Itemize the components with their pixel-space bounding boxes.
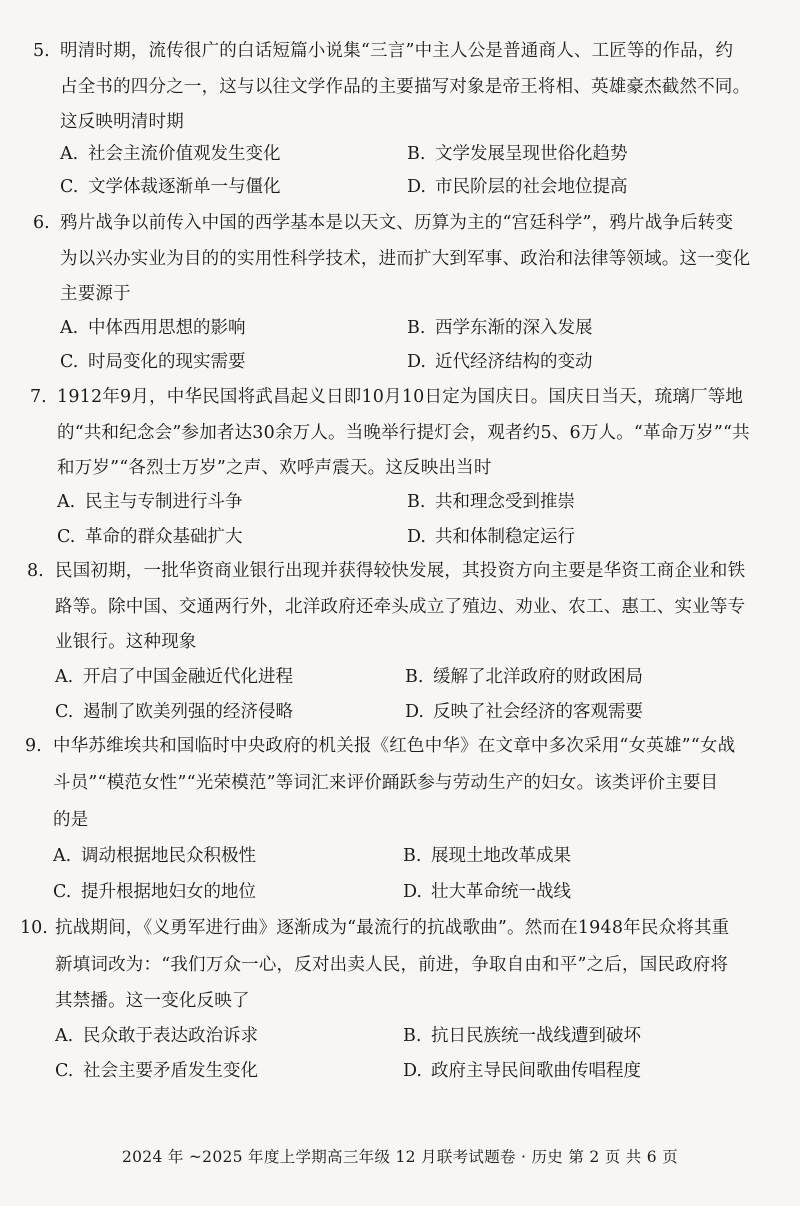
option-c: C.社会主要矛盾发生变化 xyxy=(55,1061,258,1081)
question-text-line: 新填词改为：“我们万众一心，反对出卖人民，前进，争取自由和平”之后，国民政府将 xyxy=(55,955,728,975)
question-number: 6. xyxy=(33,213,50,233)
question-number: 9. xyxy=(25,736,42,756)
option-d: D.近代经济结构的变动 xyxy=(407,352,593,372)
option-c: C.遏制了欧美列强的经济侵略 xyxy=(55,702,293,722)
question-text-line: 中华苏维埃共和国临时中央政府的机关报《红色中华》在文章中多次采用“女英雄”“女战 xyxy=(53,736,735,756)
question-text-line: 斗员”“模范女性”“光荣模范”等词汇来评价踊跃参与劳动生产的妇女。该类评价主要目 xyxy=(53,773,718,793)
question-text-line: 抗战期间，《义勇军进行曲》逐渐成为“最流行的抗战歌曲”。然而在1948年民众将其… xyxy=(55,918,729,938)
question-text-line: 路等。除中国、交通两行外，北洋政府还牵头成立了殖边、劝业、农工、惠工、实业等专 xyxy=(55,597,745,617)
question-text-line: 的“共和纪念会”参加者达30余万人。当晚举行提灯会，观者约5、6万人。“革命万岁… xyxy=(57,423,750,443)
option-a: A.开启了中国金融近代化进程 xyxy=(55,667,293,687)
question-text-line: 占全书的四分之一，这与以往文学作品的主要描写对象是帝王将相、英雄豪杰截然不同。 xyxy=(60,77,750,97)
option-b: B.缓解了北洋政府的财政困局 xyxy=(405,667,643,687)
question-number: 7. xyxy=(30,387,47,407)
option-b: B.展现土地改革成果 xyxy=(403,846,571,866)
question-number: 5. xyxy=(33,41,50,61)
page-footer: 2024 年 ~2025 年度上学期高三年级 12 月联考试题卷 · 历史 第 … xyxy=(0,1148,800,1166)
question-text-line: 和万岁”“各烈士万岁”之声、欢呼声震天。这反映出当时 xyxy=(57,458,492,478)
question-text-line: 主要源于 xyxy=(60,284,131,304)
option-d: D.壮大革命统一战线 xyxy=(403,882,571,902)
option-d: D.共和体制稳定运行 xyxy=(407,527,575,547)
option-c: C.革命的群众基础扩大 xyxy=(57,527,243,547)
option-d: D.反映了社会经济的客观需要 xyxy=(405,702,643,722)
option-c: C.提升根据地妇女的地位 xyxy=(53,882,256,902)
question-text-line: 鸦片战争以前传入中国的西学基本是以天文、历算为主的“宫廷科学”，鸦片战争后转变 xyxy=(60,213,733,233)
option-c: C.时局变化的现实需要 xyxy=(60,352,246,372)
option-c: C.文学体裁逐渐单一与僵化 xyxy=(60,177,281,197)
option-a: A.调动根据地民众积极性 xyxy=(53,846,256,866)
question-text-line: 这反映明清时期 xyxy=(60,112,184,132)
exam-page: 5. 明清时期，流传很广的白话短篇小说集“三言”中主人公是普通商人、工匠等的作品… xyxy=(0,0,800,1206)
option-a: A.社会主流价值观发生变化 xyxy=(60,144,281,164)
option-a: A.民众敢于表达政治诉求 xyxy=(55,1026,258,1046)
question-text-line: 1912年9月，中华民国将武昌起义日即10月10日定为国庆日。国庆日当天，琉璃厂… xyxy=(57,387,743,407)
option-b: B.抗日民族统一战线遭到破坏 xyxy=(403,1026,641,1046)
question-text-line: 民国初期，一批华资商业银行出现并获得较快发展，其投资方向主要是华资工商企业和铁 xyxy=(55,561,745,581)
option-d: D.政府主导民间歌曲传唱程度 xyxy=(403,1061,641,1081)
question-text-line: 其禁播。这一变化反映了 xyxy=(55,991,250,1011)
question-text-line: 为以兴办实业为目的的实用性科学技术，进而扩大到军事、政治和法律等领域。这一变化 xyxy=(60,249,750,269)
question-number: 8. xyxy=(27,561,44,581)
question-number: 10. xyxy=(20,918,48,938)
option-b: B.西学东渐的深入发展 xyxy=(407,318,593,338)
option-a: A.中体西用思想的影响 xyxy=(60,318,246,338)
option-a: A.民主与专制进行斗争 xyxy=(57,492,243,512)
option-b: B.共和理念受到推崇 xyxy=(407,492,575,512)
question-text-line: 明清时期，流传很广的白话短篇小说集“三言”中主人公是普通商人、工匠等的作品，约 xyxy=(60,41,733,61)
question-text-line: 业银行。这种现象 xyxy=(55,632,197,652)
option-d: D.市民阶层的社会地位提高 xyxy=(407,177,628,197)
option-b: B.文学发展呈现世俗化趋势 xyxy=(407,144,628,164)
question-text-line: 的是 xyxy=(53,810,88,830)
